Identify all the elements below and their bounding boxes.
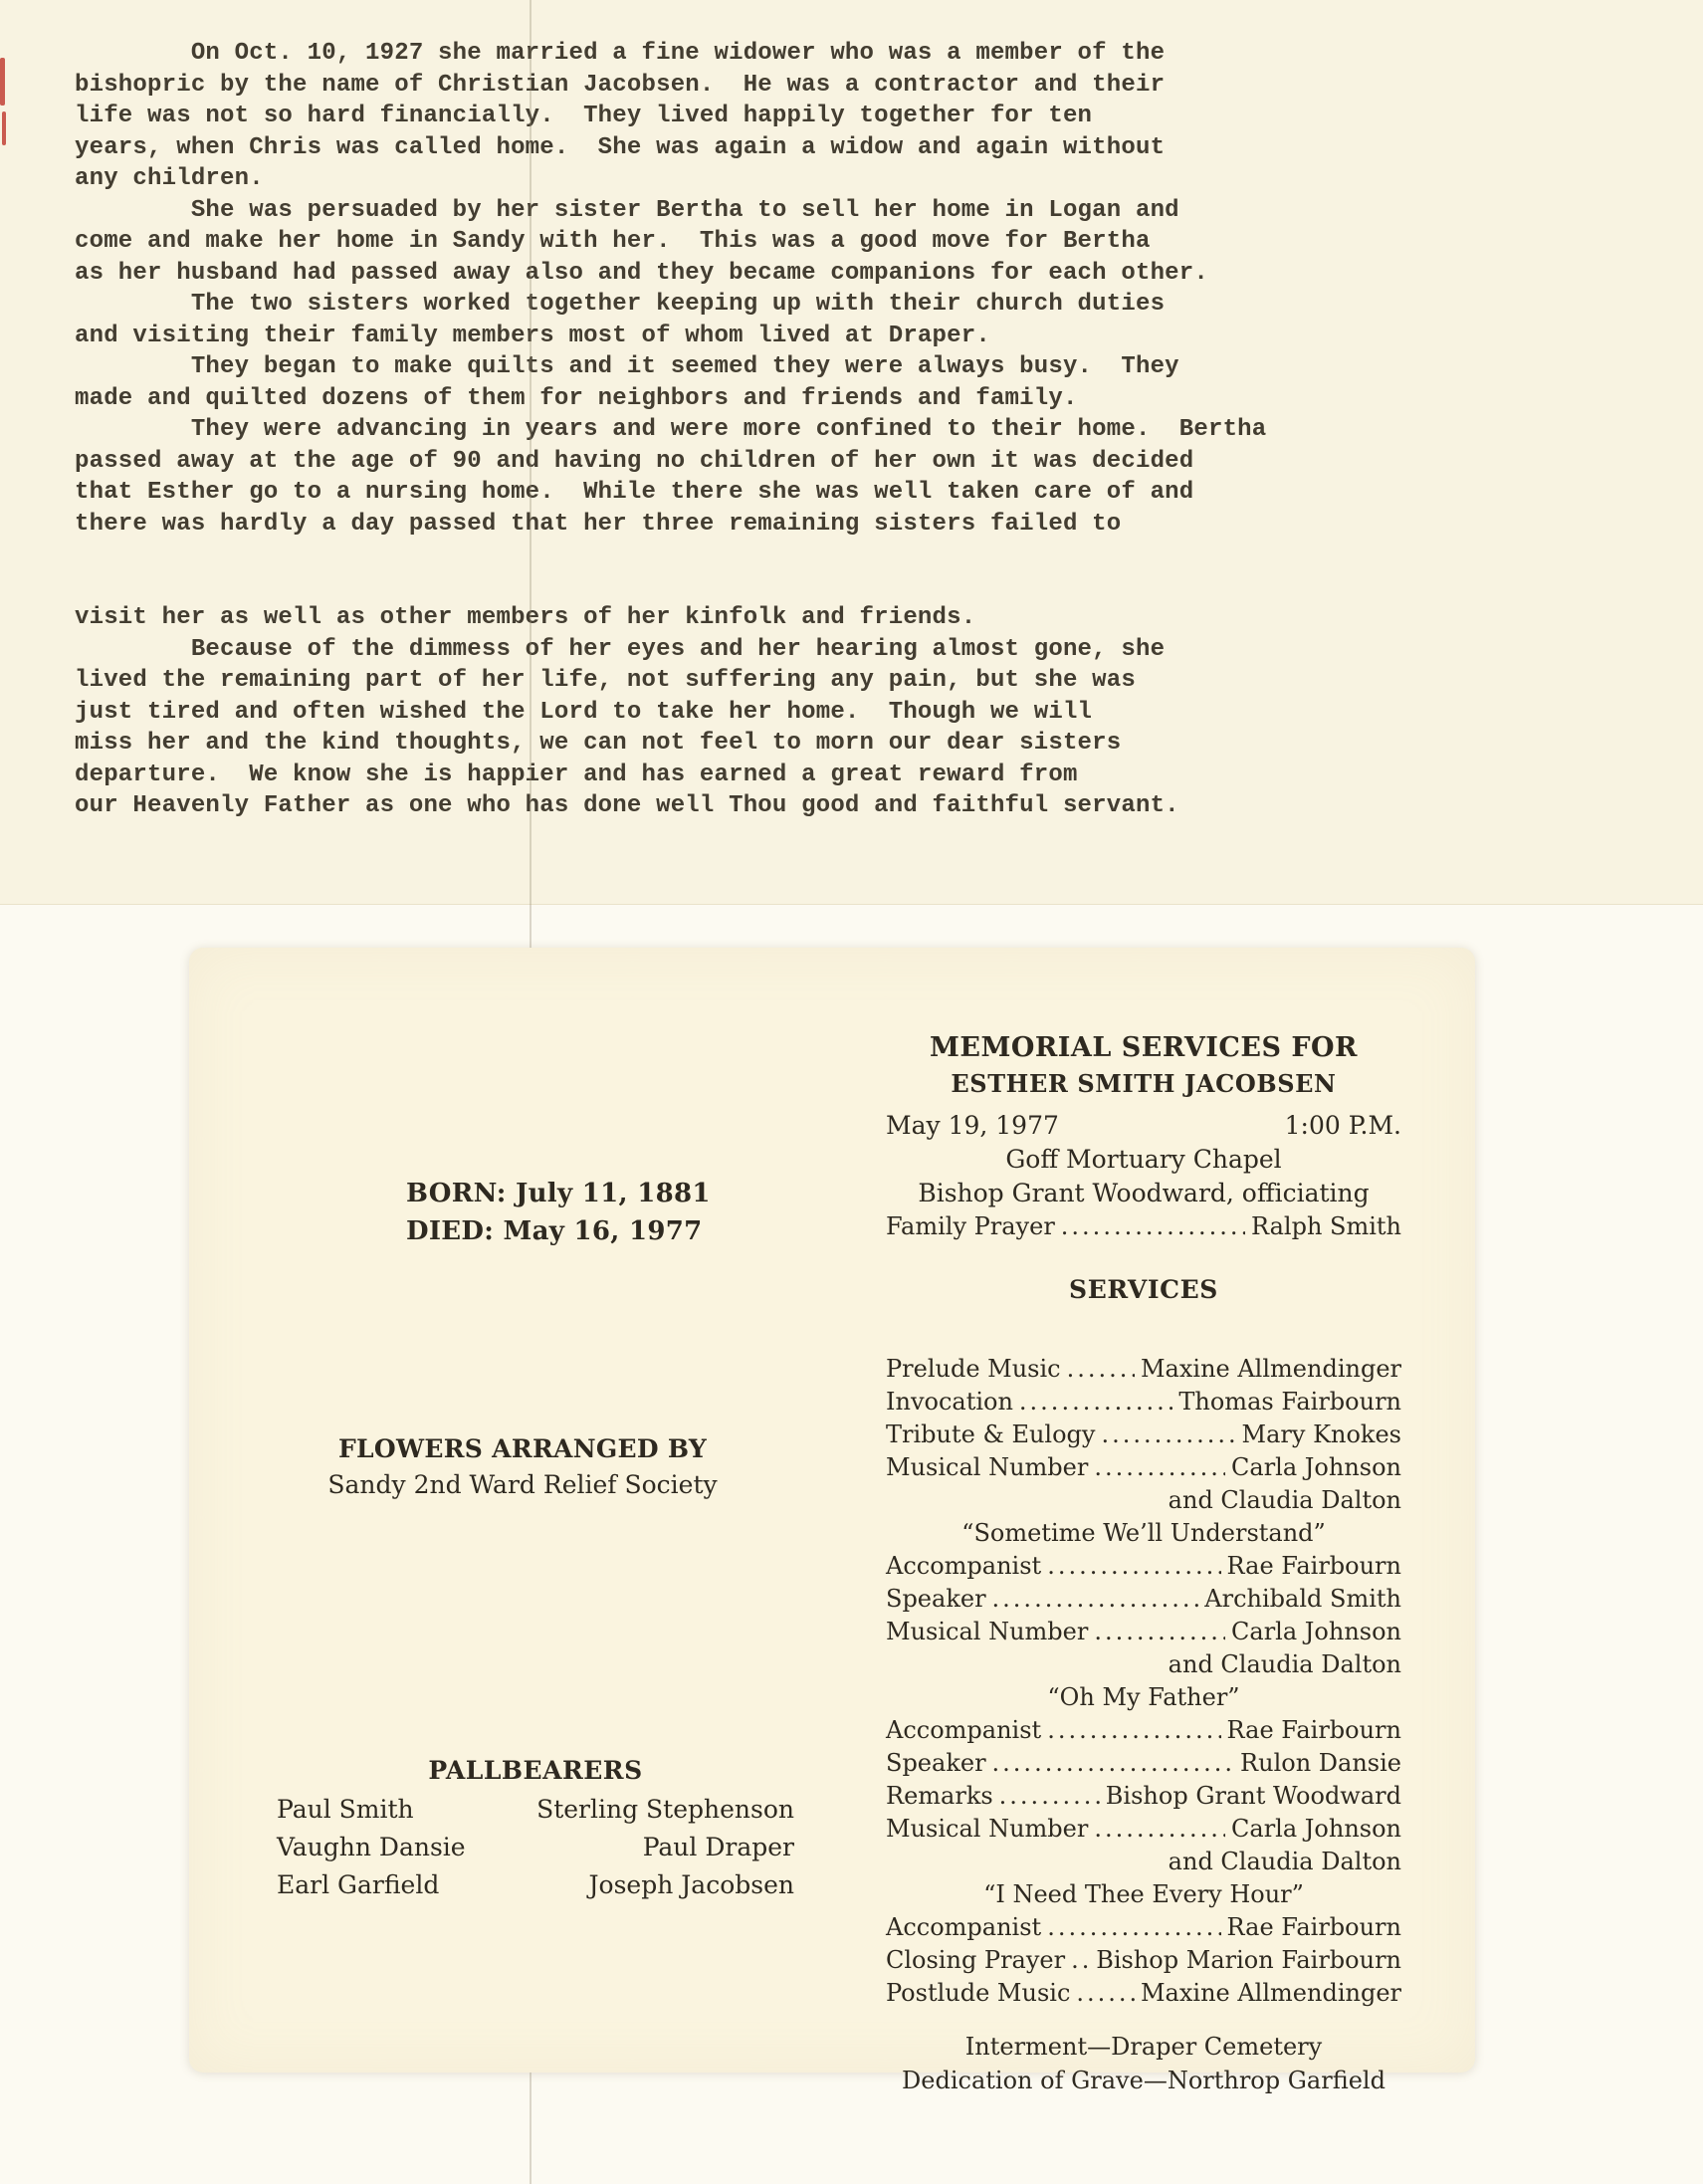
program-row-name: Thomas Fairbourn — [1178, 1386, 1401, 1419]
red-pen-mark — [2, 111, 6, 145]
program-row: SpeakerRulon Dansie — [886, 1747, 1401, 1780]
flowers-by: Sandy 2nd Ward Relief Society — [259, 1467, 786, 1503]
program-row-label: Speaker — [886, 1583, 986, 1616]
program-row-name: Rae Fairbourn — [1227, 1911, 1401, 1944]
program-row: AccompanistRae Fairbourn — [886, 1911, 1401, 1944]
scanned-document-page: On Oct. 10, 1927 she married a fine wido… — [0, 0, 1703, 2184]
pallbearers-left-column: Paul SmithVaughn DansieEarl Garfield — [277, 1791, 466, 1904]
program-row-name: Bishop Marion Fairbourn — [1096, 1944, 1401, 1977]
pallbearer-name: Joseph Jacobsen — [536, 1866, 794, 1904]
flowers-heading: FLOWERS ARRANGED BY — [259, 1431, 786, 1467]
service-time: 1:00 P.M. — [1285, 1109, 1401, 1143]
pallbearer-name: Paul Draper — [536, 1829, 794, 1866]
dotted-leader — [1076, 1977, 1135, 2010]
program-footer-line: Interment—Draper Cemetery — [886, 2030, 1401, 2064]
pallbearer-name: Vaughn Dansie — [277, 1829, 466, 1866]
family-prayer-label: Family Prayer — [886, 1210, 1055, 1243]
program-row-name: Rae Fairbourn — [1227, 1550, 1401, 1583]
services-heading: SERVICES — [886, 1273, 1401, 1307]
program-continuation: and Claudia Dalton — [886, 1484, 1401, 1517]
program-row-name: Carla Johnson — [1231, 1451, 1401, 1484]
program-row: AccompanistRae Fairbourn — [886, 1714, 1401, 1747]
dotted-leader — [1047, 1911, 1220, 1944]
program-row: Tribute & EulogyMary Knokes — [886, 1419, 1401, 1451]
dotted-leader — [1047, 1714, 1220, 1747]
typed-text: On Oct. 10, 1927 she married a fine wido… — [75, 38, 1266, 822]
flowers-block: FLOWERS ARRANGED BY Sandy 2nd Ward Relie… — [259, 1431, 786, 1503]
program-song-title: “I Need Thee Every Hour” — [886, 1878, 1401, 1911]
pallbearer-name: Paul Smith — [277, 1791, 466, 1829]
family-prayer-name: Ralph Smith — [1251, 1210, 1401, 1243]
program-row-name: Mary Knokes — [1242, 1419, 1401, 1451]
program-continuation: and Claudia Dalton — [886, 1846, 1401, 1878]
pallbearer-name: Sterling Stephenson — [536, 1791, 794, 1829]
died-line: DIED: May 16, 1977 — [406, 1212, 711, 1250]
program-row-label: Tribute & Eulogy — [886, 1419, 1095, 1451]
program-row: Musical NumberCarla Johnson — [886, 1451, 1401, 1484]
family-prayer-row: Family Prayer Ralph Smith — [886, 1210, 1401, 1243]
dotted-leader — [992, 1747, 1235, 1780]
program-row-name: Bishop Grant Woodward — [1106, 1780, 1401, 1813]
program-row: RemarksBishop Grant Woodward — [886, 1780, 1401, 1813]
program-row-name: Carla Johnson — [1231, 1813, 1401, 1846]
program-row: Postlude MusicMaxine Allmendinger — [886, 1977, 1401, 2010]
program-row: AccompanistRae Fairbourn — [886, 1550, 1401, 1583]
deceased-name: ESTHER SMITH JACOBSEN — [886, 1067, 1401, 1101]
program-row-label: Musical Number — [886, 1616, 1088, 1648]
dotted-leader — [1094, 1616, 1225, 1648]
officiating-line: Bishop Grant Woodward, officiating — [886, 1177, 1401, 1210]
program-row-name: Rae Fairbourn — [1227, 1714, 1401, 1747]
dotted-leader — [1094, 1451, 1225, 1484]
program-row-label: Postlude Music — [886, 1977, 1070, 2010]
dotted-leader — [992, 1583, 1199, 1616]
program-row-label: Accompanist — [886, 1714, 1041, 1747]
dotted-leader — [999, 1780, 1100, 1813]
red-pen-mark — [0, 58, 5, 106]
program-row-label: Accompanist — [886, 1911, 1041, 1944]
date-time-row: May 19, 1977 1:00 P.M. — [886, 1109, 1401, 1143]
program-row: Prelude MusicMaxine Allmendinger — [886, 1353, 1401, 1386]
program-right-column: MEMORIAL SERVICES FOR ESTHER SMITH JACOB… — [886, 1031, 1401, 2097]
program-footer: Interment—Draper CemeteryDedication of G… — [886, 2030, 1401, 2097]
dotted-leader — [1047, 1550, 1220, 1583]
services-program-list: Prelude MusicMaxine AllmendingerInvocati… — [886, 1353, 1401, 2010]
program-row: Musical NumberCarla Johnson — [886, 1813, 1401, 1846]
program-row: Musical NumberCarla Johnson — [886, 1616, 1401, 1648]
typed-obituary-sheet: On Oct. 10, 1927 she married a fine wido… — [0, 0, 1703, 905]
program-row-label: Closing Prayer — [886, 1944, 1065, 1977]
program-row: Closing PrayerBishop Marion Fairbourn — [886, 1944, 1401, 1977]
program-row-name: Maxine Allmendinger — [1141, 1353, 1401, 1386]
program-row-label: Prelude Music — [886, 1353, 1061, 1386]
program-row-name: Rulon Dansie — [1240, 1747, 1401, 1780]
service-location: Goff Mortuary Chapel — [886, 1143, 1401, 1177]
dotted-leader — [1094, 1813, 1225, 1846]
program-row: SpeakerArchibald Smith — [886, 1583, 1401, 1616]
program-song-title: “Oh My Father” — [886, 1681, 1401, 1714]
born-died-block: BORN: July 11, 1881 DIED: May 16, 1977 — [406, 1175, 711, 1250]
program-song-title: “Sometime We’ll Understand” — [886, 1517, 1401, 1550]
program-continuation: and Claudia Dalton — [886, 1648, 1401, 1681]
dotted-leader — [1071, 1944, 1090, 1977]
dotted-leader — [1101, 1419, 1235, 1451]
program-row-name: Carla Johnson — [1231, 1616, 1401, 1648]
program-title: MEMORIAL SERVICES FOR — [886, 1031, 1401, 1065]
program-row-label: Invocation — [886, 1386, 1013, 1419]
program-row-label: Speaker — [886, 1747, 986, 1780]
program-row-label: Musical Number — [886, 1813, 1088, 1846]
program-footer-line: Dedication of Grave—Northrop Garfield — [886, 2064, 1401, 2097]
program-row-label: Accompanist — [886, 1550, 1041, 1583]
dotted-leader — [1067, 1353, 1135, 1386]
program-row-name: Archibald Smith — [1204, 1583, 1401, 1616]
program-row-label: Remarks — [886, 1780, 993, 1813]
service-date: May 19, 1977 — [886, 1109, 1059, 1143]
program-row-name: Maxine Allmendinger — [1141, 1977, 1401, 2010]
program-row: InvocationThomas Fairbourn — [886, 1386, 1401, 1419]
memorial-program-card: BORN: July 11, 1881 DIED: May 16, 1977 F… — [189, 948, 1475, 2073]
pallbearers-block: PALLBEARERS Paul SmithVaughn DansieEarl … — [277, 1756, 794, 1904]
born-line: BORN: July 11, 1881 — [406, 1175, 711, 1212]
dotted-leader — [1019, 1386, 1172, 1419]
pallbearer-name: Earl Garfield — [277, 1866, 466, 1904]
pallbearers-heading: PALLBEARERS — [277, 1756, 794, 1785]
dotted-leader — [1061, 1210, 1245, 1243]
program-row-label: Musical Number — [886, 1451, 1088, 1484]
pallbearers-right-column: Sterling StephensonPaul DraperJoseph Jac… — [536, 1791, 794, 1904]
